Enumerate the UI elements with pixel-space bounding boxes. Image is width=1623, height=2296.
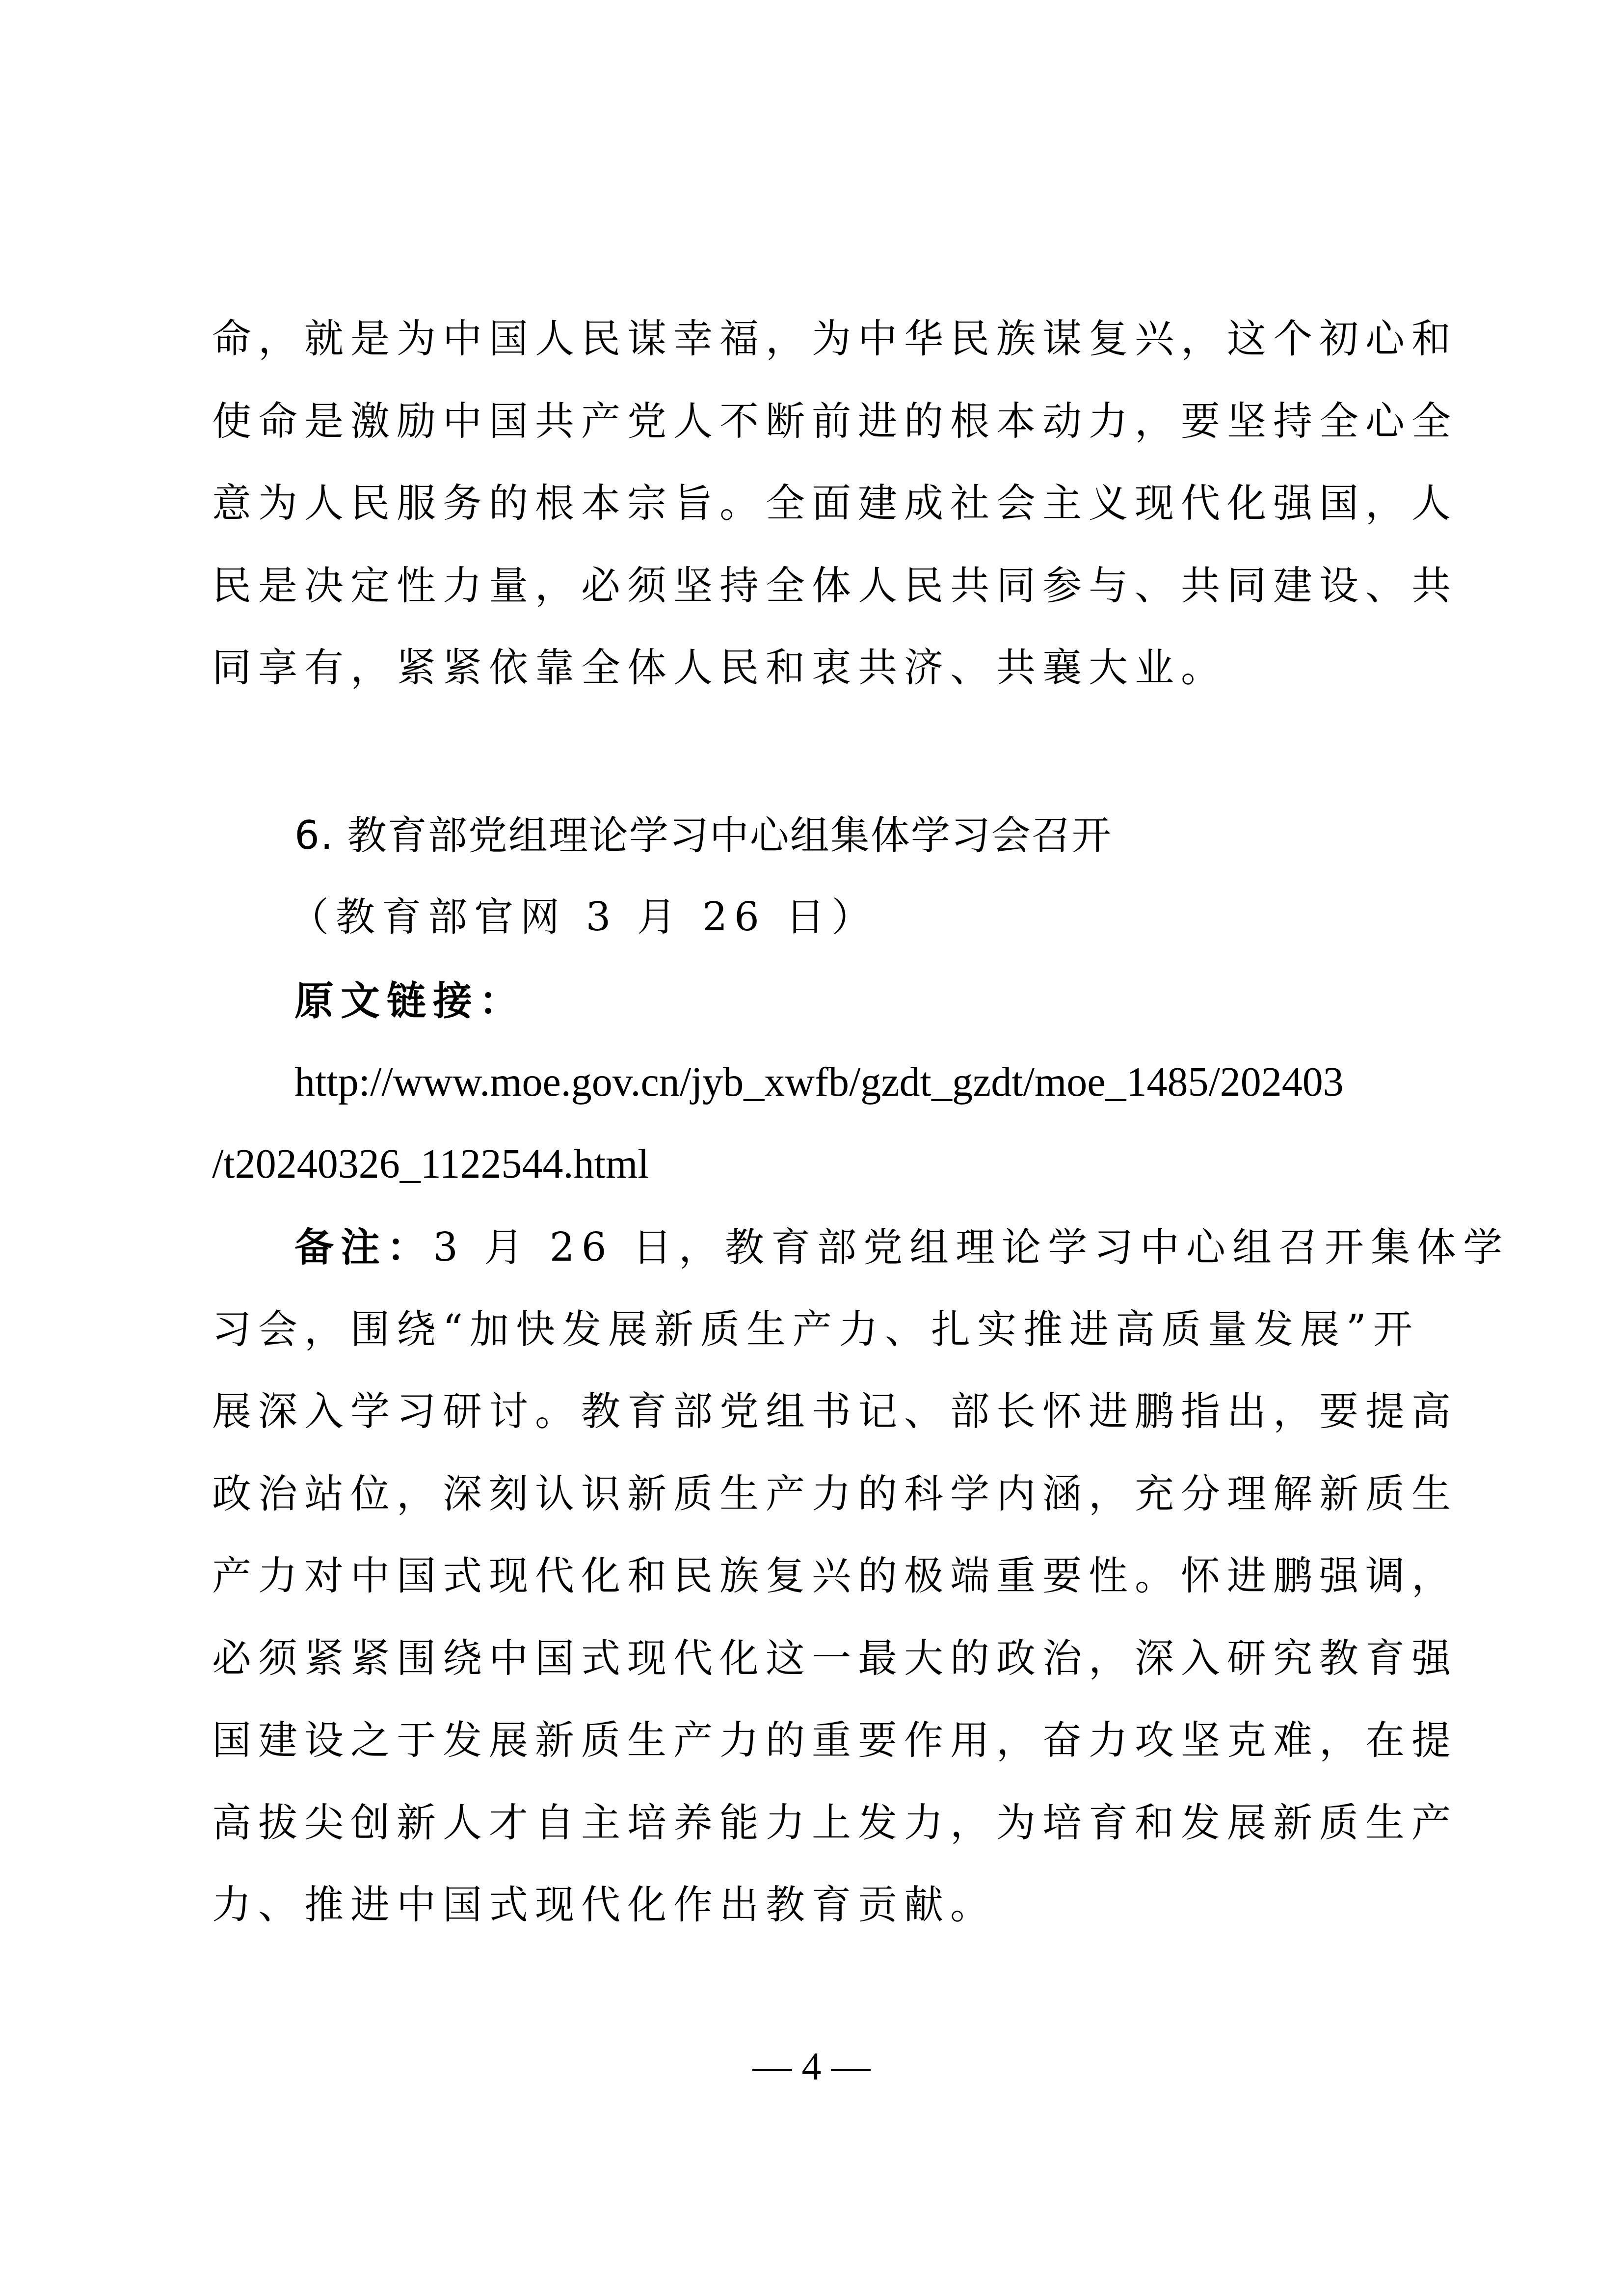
paragraph-line: 使命是激励中国共产党人不断前进的根本动力，要坚持全心全 bbox=[212, 397, 1419, 446]
note-line: 国建设之于发展新质生产力的重要作用，奋力攻坚克难，在提 bbox=[212, 1716, 1419, 1765]
note-line: 习会，围绕“加快发展新质生产力、扎实推进高质量发展”开 bbox=[212, 1305, 1419, 1354]
link-url-line2[interactable]: /t20240326_1122544.html bbox=[212, 1140, 649, 1189]
page-number: — 4 — bbox=[0, 2042, 1623, 2091]
link-url-line1[interactable]: http://www.moe.gov.cn/jyb_xwfb/gzdt_gzdt… bbox=[294, 1058, 1344, 1107]
note-text: 3 月 26 日，教育部党组理论学习中心组召开集体学 bbox=[433, 1224, 1509, 1270]
note-line: 必须紧紧围绕中国式现代化这一最大的政治，深入研究教育强 bbox=[212, 1634, 1419, 1683]
item-heading: 6. 教育部党组理论学习中心组集体学习会召开 bbox=[294, 811, 1112, 860]
note-line: 展深入学习研讨。教育部党组书记、部长怀进鹏指出，要提高 bbox=[212, 1387, 1419, 1436]
paragraph-line: 意为人民服务的根本宗旨。全面建成社会主义现代化强国，人 bbox=[212, 479, 1419, 528]
note-label: 备注： bbox=[294, 1224, 433, 1270]
note-first-line: 备注：3 月 26 日，教育部党组理论学习中心组召开集体学 bbox=[294, 1222, 1419, 1272]
note-line: 力、推进中国式现代化作出教育贡献。 bbox=[212, 1880, 1419, 1929]
link-label: 原文链接： bbox=[294, 976, 525, 1025]
item-source: （教育部官网 3 月 26 日） bbox=[290, 892, 878, 942]
paragraph-line: 同享有，紧紧依靠全体人民和衷共济、共襄大业。 bbox=[212, 643, 1419, 692]
document-page: 命，就是为中国人民谋幸福，为中华民族谋复兴，这个初心和 使命是激励中国共产党人不… bbox=[0, 0, 1623, 2296]
note-line: 高拔尖创新人才自主培养能力上发力，为培育和发展新质生产 bbox=[212, 1798, 1419, 1847]
note-line: 政治站位，深刻认识新质生产力的科学内涵，充分理解新质生 bbox=[212, 1469, 1419, 1518]
note-line: 产力对中国式现代化和民族复兴的极端重要性。怀进鹏强调， bbox=[212, 1551, 1419, 1600]
paragraph-line: 命，就是为中国人民谋幸福，为中华民族谋复兴，这个初心和 bbox=[212, 314, 1419, 363]
paragraph-line: 民是决定性力量，必须坚持全体人民共同参与、共同建设、共 bbox=[212, 561, 1419, 610]
